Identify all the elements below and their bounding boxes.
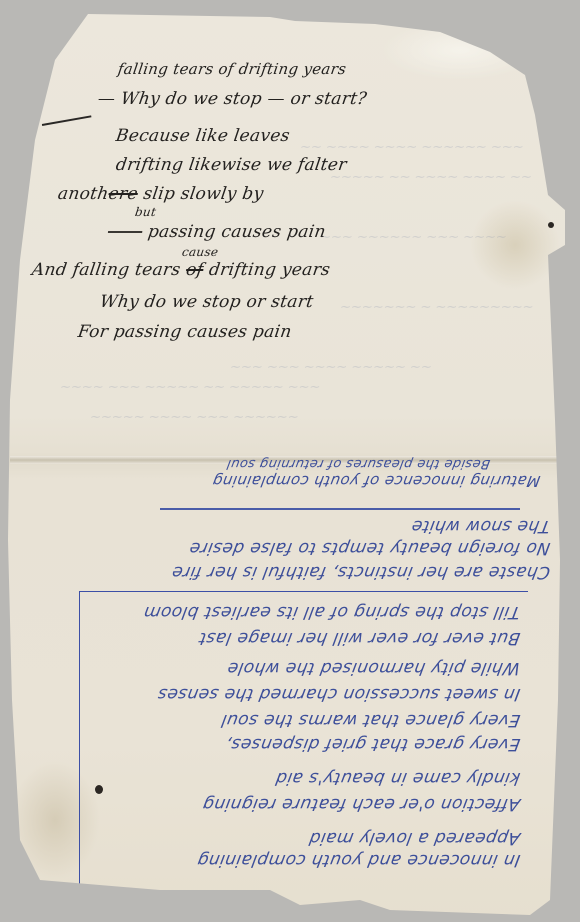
poem-line-3: Affection o'er each feature reigning xyxy=(201,794,522,814)
poem-line-4: kindly came in beauty's aid xyxy=(274,768,522,788)
poem-line-13: The snow white xyxy=(410,516,552,536)
poem-line-11: Chaste are her instincts, faithful is he… xyxy=(170,562,552,582)
poem-line-2: Appeared a lovely maid xyxy=(308,828,522,848)
manuscript-paper: ~~ ~~~~ ~~~~ ~~~~~~ ~~~ ~~~~~ ~~ ~~~~ ~~… xyxy=(0,0,580,922)
upside-down-blue-section: In innocence and youth complaining Appea… xyxy=(0,0,580,922)
poem-line-7: In sweet succession charmed the senses xyxy=(156,684,522,704)
poem-line-10: Till stop the spring of all its earliest… xyxy=(142,602,522,622)
poem-line-6: Every glance that warms the soul xyxy=(220,710,522,730)
blue-divider-line xyxy=(160,509,520,511)
paper-hole xyxy=(95,785,103,794)
poem-line-1: In innocence and youth complaining xyxy=(195,850,521,870)
poem-line-9: But ever for ever will her image last xyxy=(197,628,521,648)
paper-hole xyxy=(548,222,554,228)
poem-line-5: Every grace that grief dispenses, xyxy=(224,734,522,754)
poem-line-8: While pity harmonised the whole xyxy=(226,658,522,678)
poem-line-15: Beside the pleasures of returning soul xyxy=(225,456,491,471)
poem-line-14: Maturing innocence of youth complaining xyxy=(211,472,542,490)
poem-line-12: No foreign beauty tempts to false desire xyxy=(188,538,552,558)
